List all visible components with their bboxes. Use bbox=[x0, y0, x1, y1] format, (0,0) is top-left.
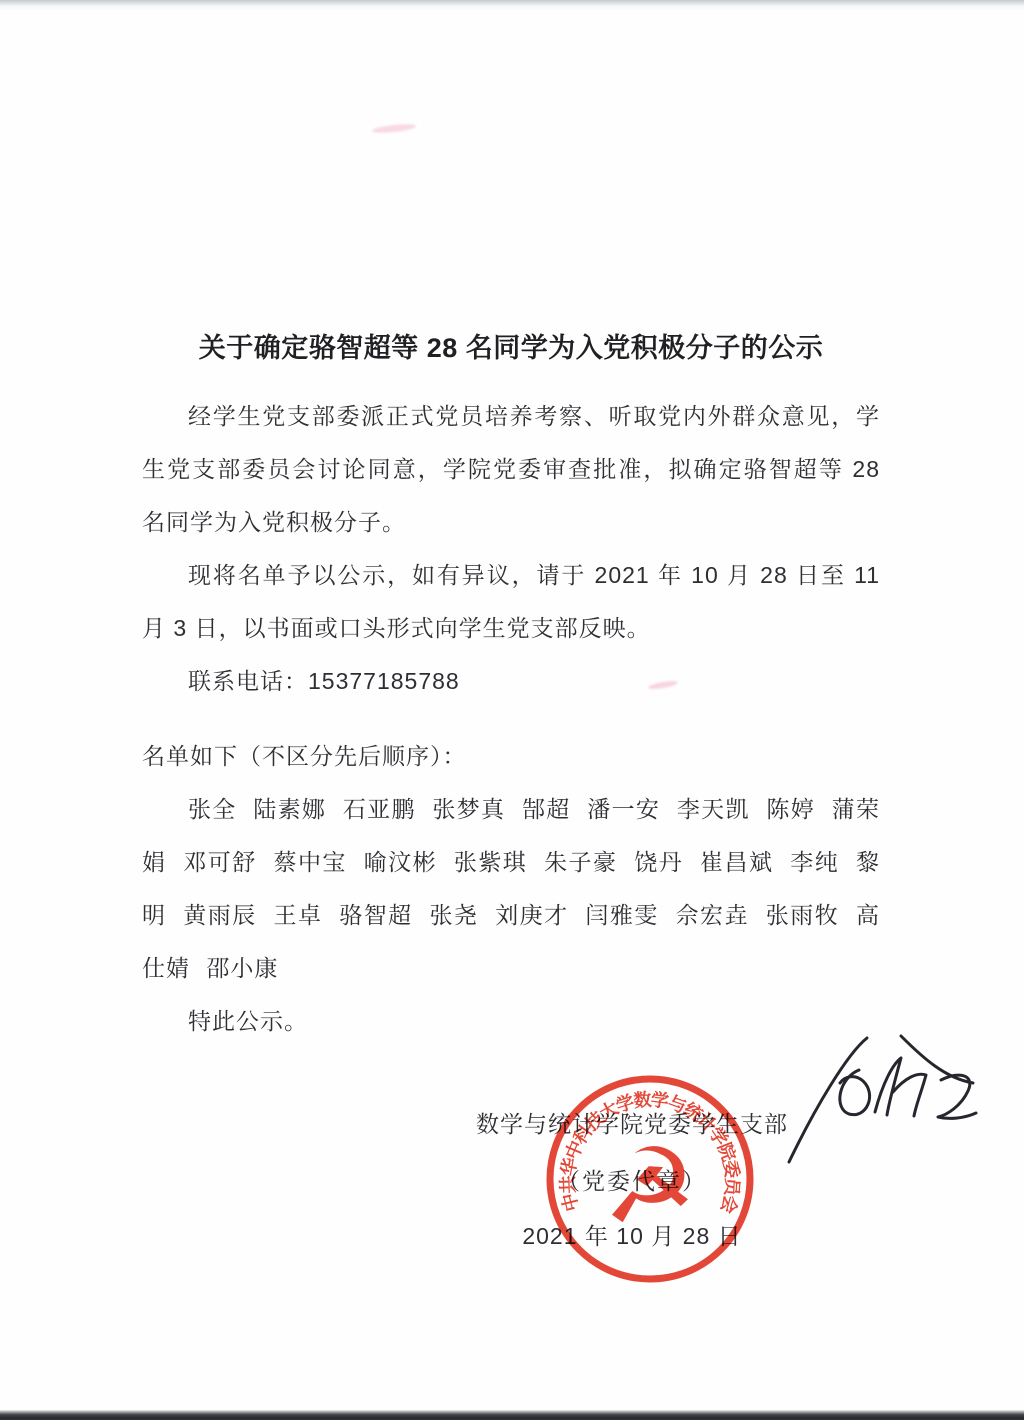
hammer-sickle-icon: ☭ bbox=[603, 1125, 696, 1247]
scan-edge-bottom bbox=[0, 1410, 1024, 1420]
handwritten-signature bbox=[775, 1020, 995, 1175]
name-list-intro: 名单如下（不区分先后顺序）： bbox=[142, 730, 880, 783]
document-body: 关于确定骆智超等 28 名同学为入党积极分子的公示 经学生党支部委派正式党员培养… bbox=[142, 330, 880, 1048]
document-title: 关于确定骆智超等 28 名同学为入党积极分子的公示 bbox=[142, 330, 880, 366]
closing-statement: 特此公示。 bbox=[142, 995, 880, 1048]
paragraph-contact-phone: 联系电话：15377185788 bbox=[142, 655, 880, 708]
scanned-document-page: 关于确定骆智超等 28 名同学为入党积极分子的公示 经学生党支部委派正式党员培养… bbox=[0, 0, 1024, 1420]
paragraph-publicity-period: 现将名单予以公示，如有异议，请于 2021 年 10 月 28 日至 11 月 … bbox=[142, 549, 880, 655]
scan-smudge bbox=[372, 123, 416, 135]
official-red-seal: 中共华中科技大学数学与统计学院委员会 ☭ bbox=[541, 1070, 759, 1288]
paragraph-approval: 经学生党支部委派正式党员培养考察、听取党内外群众意见，学生党支部委员会讨论同意，… bbox=[142, 390, 880, 549]
name-list: 张全 陆素娜 石亚鹏 张梦真 郜超 潘一安 李天凯 陈婷 蒲荣娟 邓可舒 蔡中宝… bbox=[142, 783, 880, 995]
scan-edge-top bbox=[0, 0, 1024, 11]
